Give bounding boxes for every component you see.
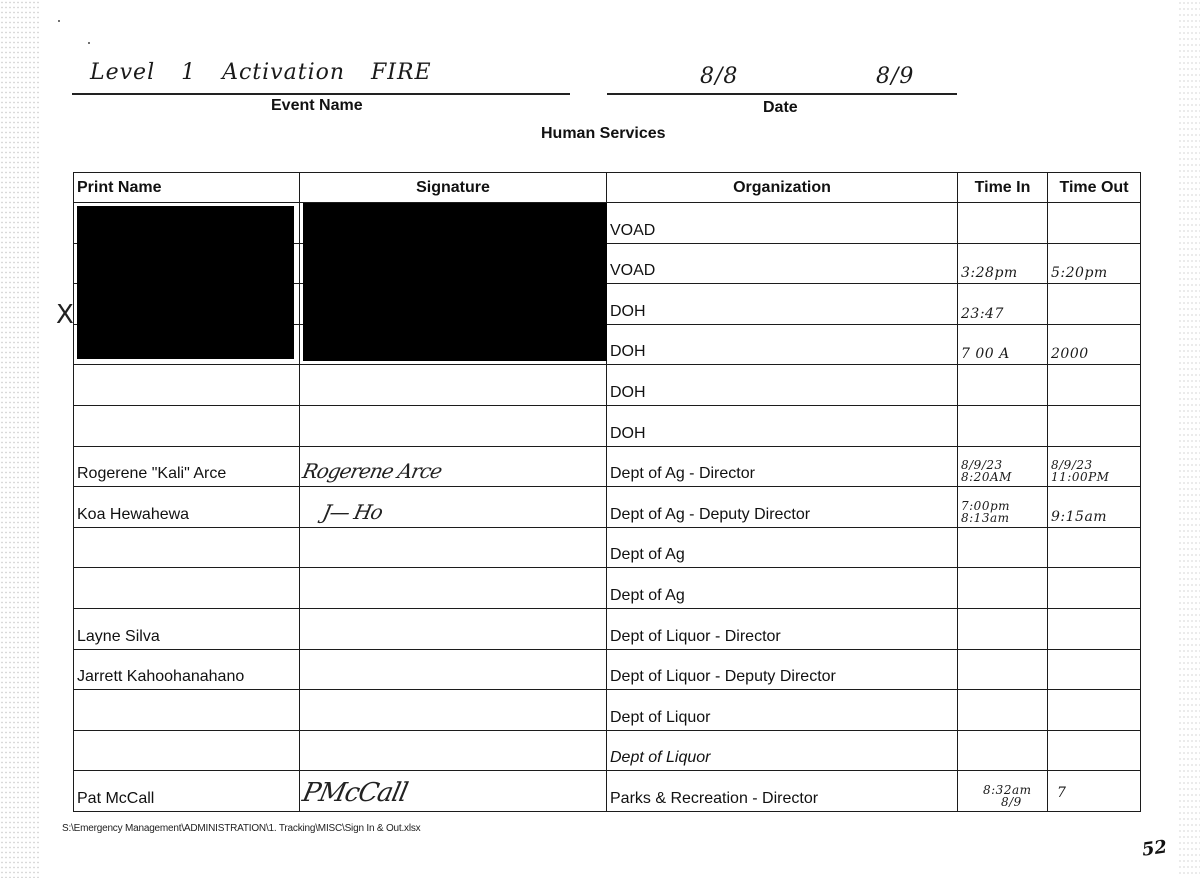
- time-in-cell: 8/9/23 8:20AM: [958, 446, 1048, 487]
- print-name-cell: Jarrett Kahoohanahano: [74, 649, 300, 690]
- organization-cell: Dept of Ag: [607, 568, 958, 609]
- time-out-cell: 9:15am: [1048, 487, 1141, 528]
- time-in-cell: 7 00 A: [958, 324, 1048, 365]
- table-row: Koa Hewahewa J— Ho Dept of Ag - Deputy D…: [74, 487, 1141, 528]
- time-out-cell: [1048, 649, 1141, 690]
- organization-cell: VOAD: [607, 203, 958, 244]
- organization-cell: Dept of Ag - Director: [607, 446, 958, 487]
- signature-scribble: Rogerene Arce: [300, 459, 443, 483]
- time-out-value: 11:00PM: [1051, 471, 1137, 483]
- time-out-cell: [1048, 365, 1141, 406]
- scan-edge-left: [0, 0, 40, 878]
- time-out-cell: 2000: [1048, 324, 1141, 365]
- time-in-value: 8:20AM: [961, 471, 1044, 483]
- signature-cell: [300, 405, 607, 446]
- footer-file-path: S:\Emergency Management\ADMINISTRATION\1…: [62, 823, 420, 834]
- table-row: Pat McCall PMcCall Parks & Recreation - …: [74, 771, 1141, 812]
- section-title: Human Services: [541, 125, 666, 143]
- time-out-value: 9:15am: [1051, 510, 1137, 524]
- time-out-cell: [1048, 568, 1141, 609]
- print-name-cell: Layne Silva: [74, 608, 300, 649]
- time-in-cell: [958, 527, 1048, 568]
- time-in-cell: 7:00pm 8:13am: [958, 487, 1048, 528]
- signature-cell: Rogerene Arce: [300, 446, 607, 487]
- time-out-value: 7: [1051, 786, 1137, 808]
- organization-cell: DOH: [607, 324, 958, 365]
- organization-cell: Parks & Recreation - Director: [607, 771, 958, 812]
- table-row: Dept of Liquor: [74, 690, 1141, 731]
- date-value-2: 8/9: [876, 64, 914, 89]
- print-name-cell: [74, 730, 300, 771]
- time-in-cell: 3:28pm: [958, 243, 1048, 284]
- print-name-cell: [74, 690, 300, 731]
- time-out-cell: [1048, 284, 1141, 325]
- time-out-cell: [1048, 690, 1141, 731]
- column-header-signature: Signature: [300, 173, 607, 203]
- time-out-cell: 7: [1048, 771, 1141, 812]
- signature-cell: [300, 527, 607, 568]
- time-out-cell: 5:20pm: [1048, 243, 1141, 284]
- time-in-value: 23:47: [961, 307, 1044, 321]
- signature-cell: [300, 365, 607, 406]
- date-label: Date: [763, 99, 798, 117]
- redaction-block-signatures: [303, 203, 607, 361]
- print-name-cell: Koa Hewahewa: [74, 487, 300, 528]
- time-in-value: 3:28pm: [961, 266, 1044, 280]
- print-name-cell: [74, 568, 300, 609]
- organization-cell: Dept of Ag: [607, 527, 958, 568]
- time-in-cell: [958, 405, 1048, 446]
- time-out-cell: [1048, 203, 1141, 244]
- time-out-cell: [1048, 608, 1141, 649]
- page-number-mark: 52: [1141, 836, 1169, 860]
- table-row: Jarrett Kahoohanahano Dept of Liquor - D…: [74, 649, 1141, 690]
- event-name-underline: [72, 93, 570, 95]
- redaction-block-names: [77, 206, 294, 359]
- event-name-value: Level 1 Activation FIRE: [90, 60, 432, 85]
- time-in-cell: [958, 365, 1048, 406]
- print-name-cell: Pat McCall: [74, 771, 300, 812]
- organization-cell: Dept of Liquor: [607, 690, 958, 731]
- organization-cell: VOAD: [607, 243, 958, 284]
- time-in-line-2: 8:13am: [961, 512, 1044, 524]
- margin-x-mark: X: [56, 300, 74, 330]
- print-name-cell: [74, 365, 300, 406]
- column-header-print-name: Print Name: [74, 173, 300, 203]
- time-out-cell: [1048, 730, 1141, 771]
- organization-cell: DOH: [607, 284, 958, 325]
- signature-cell: [300, 608, 607, 649]
- time-out-cell: 8/9/23 11:00PM: [1048, 446, 1141, 487]
- table-row: Dept of Ag: [74, 527, 1141, 568]
- date-value-1: 8/8: [700, 64, 738, 89]
- time-in-cell: [958, 649, 1048, 690]
- organization-cell: Dept of Liquor - Director: [607, 608, 958, 649]
- time-in-cell: 23:47: [958, 284, 1048, 325]
- table-row: Rogerene "Kali" Arce Rogerene Arce Dept …: [74, 446, 1141, 487]
- table-header-row: Print Name Signature Organization Time I…: [74, 173, 1141, 203]
- time-in-cell: [958, 608, 1048, 649]
- organization-cell: DOH: [607, 405, 958, 446]
- organization-cell: Dept of Ag - Deputy Director: [607, 487, 958, 528]
- time-out-cell: [1048, 405, 1141, 446]
- organization-cell: DOH: [607, 365, 958, 406]
- signature-cell: J— Ho: [300, 487, 607, 528]
- organization-cell: Dept of Liquor: [607, 730, 958, 771]
- signature-scribble: PMcCall: [300, 778, 410, 808]
- event-name-label: Event Name: [271, 97, 363, 115]
- time-in-cell: [958, 568, 1048, 609]
- column-header-organization: Organization: [607, 173, 958, 203]
- scan-speck: [88, 42, 90, 44]
- signature-cell: [300, 690, 607, 731]
- signature-cell: [300, 649, 607, 690]
- table-row: DOH: [74, 365, 1141, 406]
- time-in-cell: [958, 690, 1048, 731]
- table-row: Dept of Ag: [74, 568, 1141, 609]
- print-name-cell: [74, 405, 300, 446]
- time-out-value: 5:20pm: [1051, 266, 1137, 280]
- organization-cell: Dept of Liquor - Deputy Director: [607, 649, 958, 690]
- column-header-time-out: Time Out: [1048, 173, 1141, 203]
- table-row: Dept of Liquor: [74, 730, 1141, 771]
- time-out-value: 2000: [1051, 347, 1137, 361]
- column-header-time-in: Time In: [958, 173, 1048, 203]
- time-in-date: 8/9: [961, 796, 1044, 808]
- table-row: DOH: [74, 405, 1141, 446]
- signature-cell: [300, 568, 607, 609]
- scan-speck: [58, 20, 60, 22]
- print-name-cell: Rogerene "Kali" Arce: [74, 446, 300, 487]
- time-in-cell: [958, 203, 1048, 244]
- scan-edge-right: [1178, 0, 1200, 878]
- time-out-cell: [1048, 527, 1141, 568]
- signature-cell: PMcCall: [300, 771, 607, 812]
- signature-scribble: J— Ho: [320, 500, 384, 524]
- time-in-line-1: 7:00pm: [961, 500, 1044, 512]
- time-in-cell: 8:32am 8/9: [958, 771, 1048, 812]
- time-in-value: 7 00 A: [961, 347, 1044, 361]
- date-underline: [607, 93, 957, 95]
- print-name-cell: [74, 527, 300, 568]
- table-row: Layne Silva Dept of Liquor - Director: [74, 608, 1141, 649]
- signature-cell: [300, 730, 607, 771]
- time-in-cell: [958, 730, 1048, 771]
